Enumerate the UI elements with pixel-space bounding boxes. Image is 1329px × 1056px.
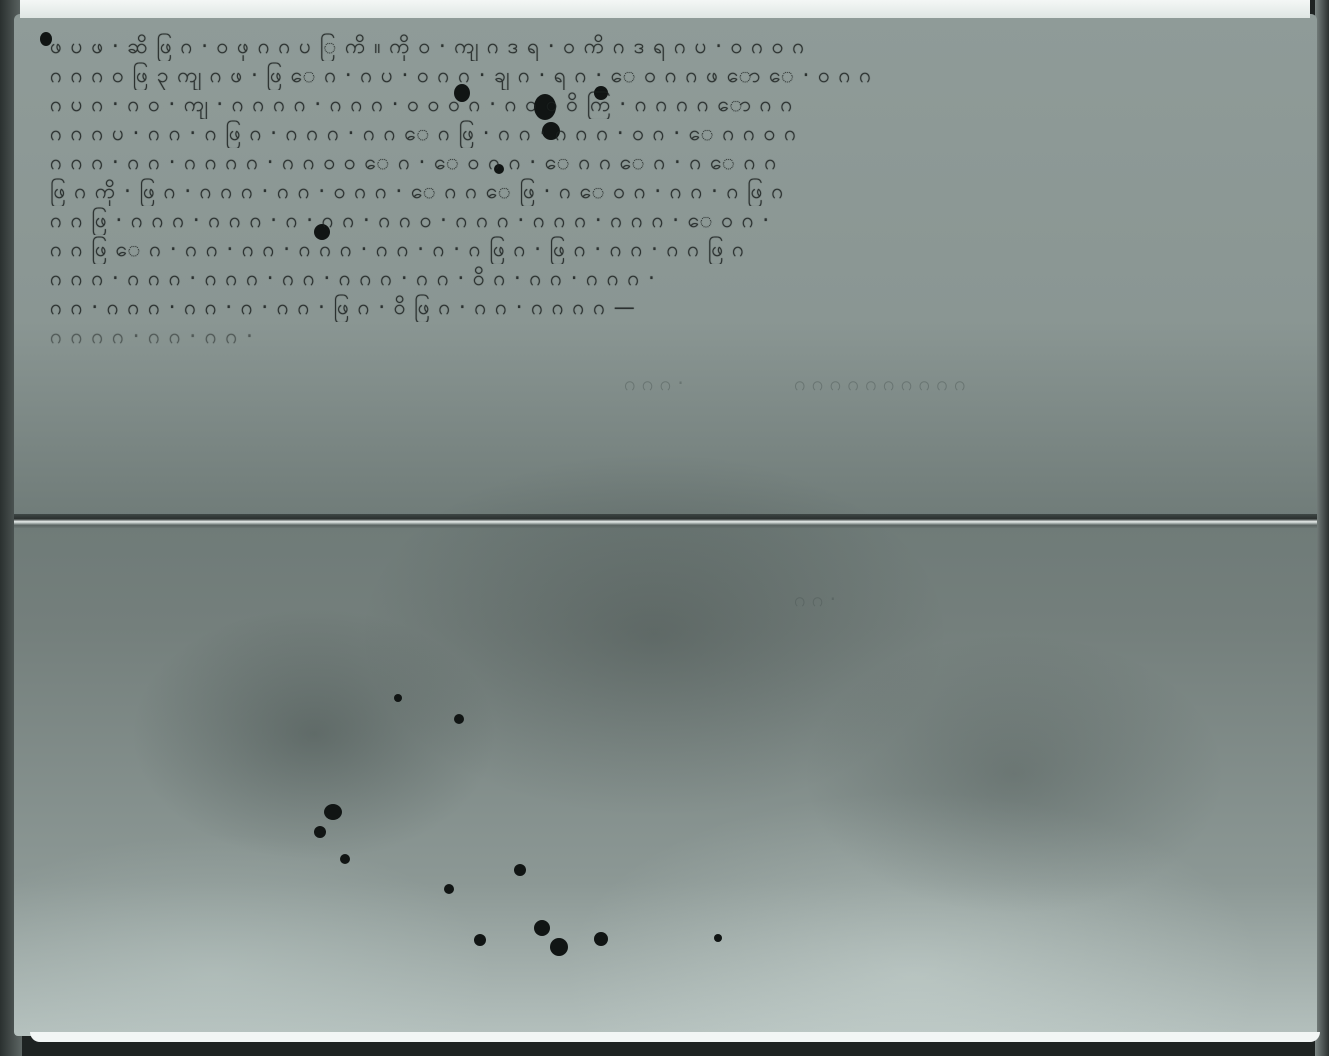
ink-blot: [534, 920, 550, 936]
manuscript-line: ဂ ဂ ဂ ၀ ဖြ ၃ ကျ ဂ ဖ · ဖြ ေ ဂ · ဂ ပ · ဝ ဂ…: [50, 61, 1300, 90]
manuscript-text-block: ဖ ပ ဖ · ဆိ ဖြ ဂ · ဝ ဖု ဂ ဂ ပ ြ ကိ ။ ကို …: [50, 32, 1300, 351]
ink-blot: [444, 884, 454, 894]
ink-blot: [324, 804, 342, 820]
bleed-through-text: ဂ ဂ ဂ ဂ ဂ ဂ ဂ ဂ ဂ ဂ: [794, 370, 965, 400]
ink-blot: [714, 934, 722, 942]
manuscript-line: ဂ ဂ ဂ · ဂ ဂ ဂ · ဂ ဂ ဂ · ဂ ဂ · ဂ ဂ ဂ · ဂ …: [50, 264, 1300, 293]
ink-blot: [550, 938, 568, 956]
ink-blot: [474, 934, 486, 946]
ink-blot: [394, 694, 402, 702]
paper-edge-top: [20, 0, 1310, 18]
manuscript-line: ဖြ ဂ ကို · ဖြ ဂ · ဂ ဂ ဂ · ဂ ဂ · ဝ ဂ ဂ · …: [50, 177, 1300, 206]
manuscript-line: ဂ ဂ · ဂ ဂ ဂ · ဂ ဂ · ဂ · ဂ ဂ · ဖြ ဂ · ဝိ …: [50, 293, 1180, 322]
ink-blot: [314, 826, 326, 838]
ink-blot: [514, 864, 526, 876]
manuscript-line: ဂ ပ ဂ · ဂ ဝ · ကျ · ဂ ဂ ဂ ဂ · ဂ ဂ ဂ · ဝ ဝ…: [50, 90, 1300, 119]
manuscript-line: ဂ ဂ ဂ ဂ · ဂ ဂ · ဂ ဂ ·: [50, 322, 1300, 351]
ink-blot: [340, 854, 350, 864]
bleed-through-text: ဂ ဂ ဂ ·: [624, 370, 684, 400]
manuscript-line: ဂ ဂ ဖြ · ဂ ဂ ဂ · ဂ ဂ ဂ · ဂ · ဂ ဂ · ဂ ဂ ဝ…: [50, 206, 1300, 235]
manuscript-line: ဂ ဂ ဂ ပ · ဂ ဂ · ဂ ဖြ ဂ · ဂ ဂ ဂ · ဂ ဂ ေ ဂ…: [50, 119, 1300, 148]
page-fold: [14, 514, 1317, 528]
photo-border-right: [1315, 0, 1329, 1056]
manuscript-line: ဂ ဂ ဖြ ေ ဂ · ဂ ဂ · ဂ ဂ · ဂ ဂ ဂ · ဂ ဂ · ဂ…: [50, 235, 1300, 264]
manuscript-line: ဖ ပ ဖ · ဆိ ဖြ ဂ · ဝ ဖု ဂ ဂ ပ ြ ကိ ။ ကို …: [50, 32, 1300, 61]
ink-blot: [594, 932, 608, 946]
bleed-through-text: ဂ ဂ ·: [794, 586, 836, 616]
paper-edge-bottom: [30, 1032, 1320, 1042]
ink-blot: [454, 714, 464, 724]
manuscript-line: ဂ ဂ ဂ · ဂ ဂ · ဂ ဂ ဂ ဂ · ဂ ဂ ဝ ဝ ေ ဂ · ေ …: [50, 148, 1300, 177]
